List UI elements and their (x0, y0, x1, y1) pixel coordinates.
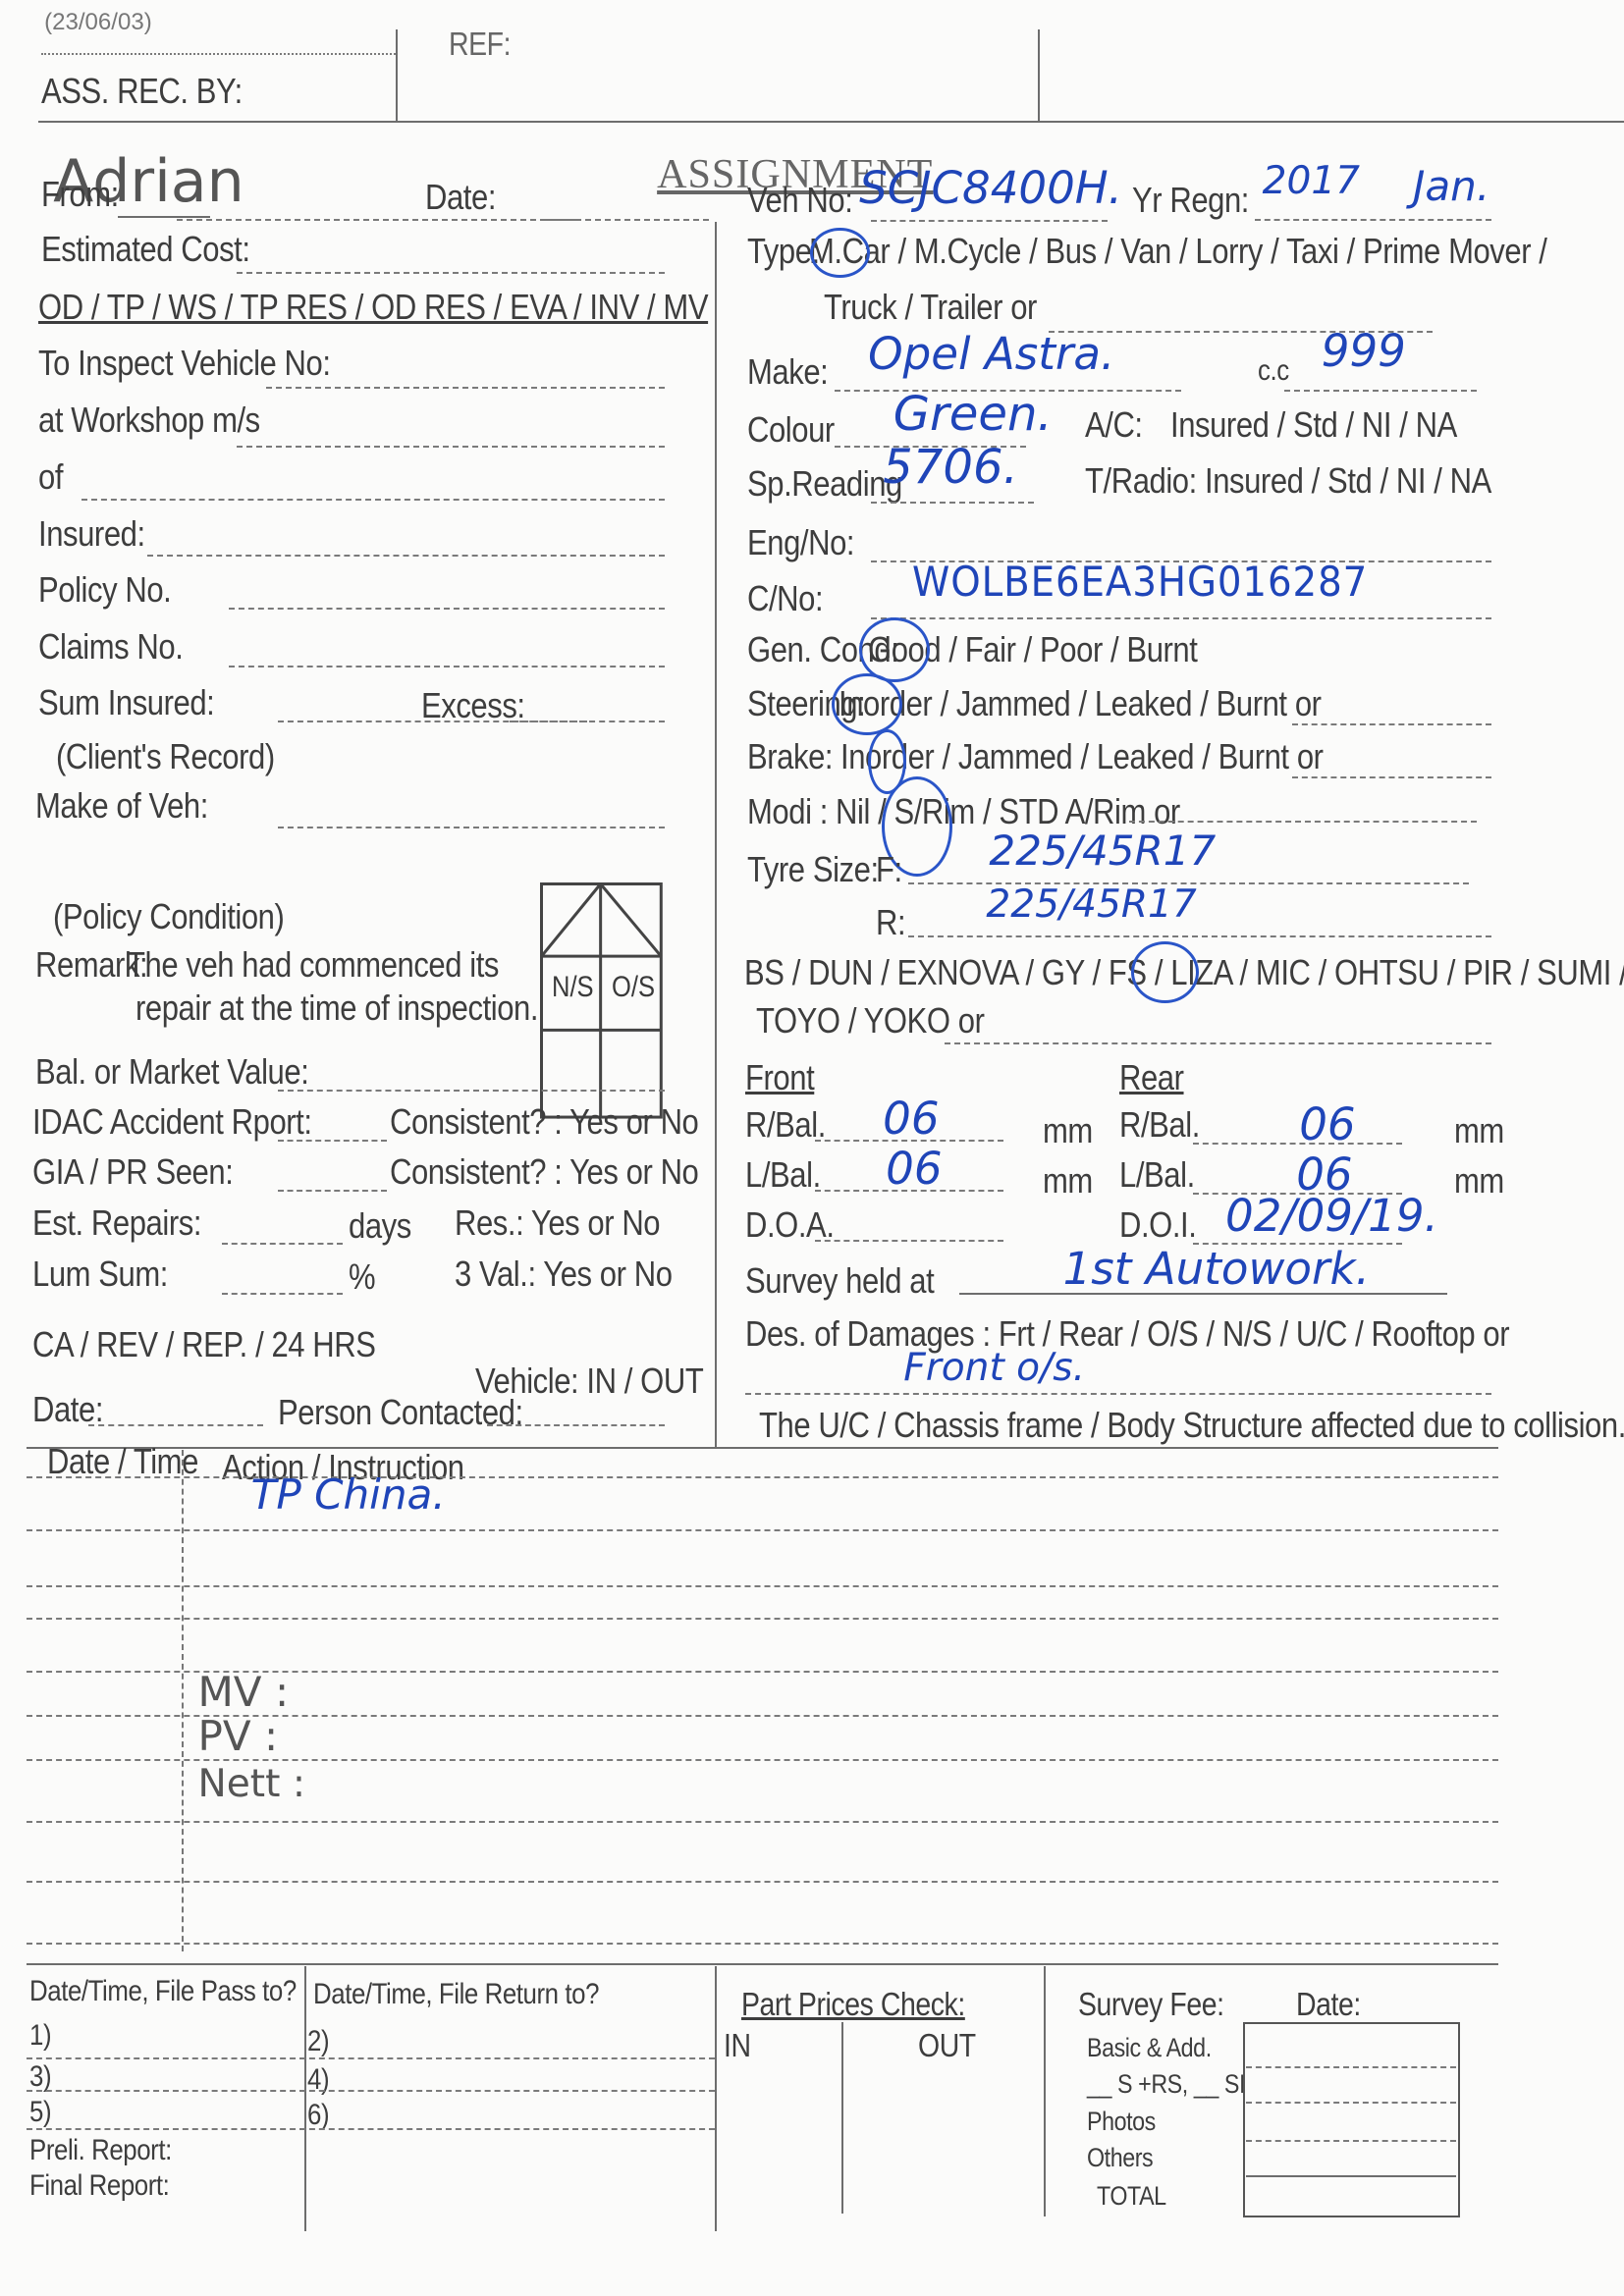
pv-label[interactable]: PV : (197, 1712, 278, 1760)
gia-field[interactable] (278, 1190, 387, 1192)
make-of-veh-label: Make of Veh: (35, 785, 208, 827)
steering-options[interactable]: Inorder / Jammed / Leaked / Burnt or (839, 683, 1322, 724)
eng-no-label: Eng/No: (747, 522, 854, 563)
tyre-f-value[interactable]: 225/45R17 (989, 827, 1216, 875)
front-r-bal-field (815, 1140, 1003, 1142)
inspect-vehicle-field[interactable] (266, 387, 665, 389)
survey-held-value[interactable]: 1st Autowork. (1063, 1243, 1370, 1295)
front-l-bal-value[interactable]: 06 (886, 1143, 942, 1195)
date-field[interactable] (546, 219, 708, 221)
file-pass-item-1: 1) (29, 2019, 51, 2053)
workshop-field[interactable] (237, 446, 665, 448)
rear-r-bal-mm: mm (1454, 1110, 1504, 1151)
part-prices-label: Part Prices Check: (741, 1987, 965, 2024)
steering-selected-circle (832, 673, 902, 735)
fee-item-s-rs-si: __ S +RS, __ SI (1087, 2069, 1245, 2100)
brake-options[interactable]: Inorder / Jammed / Leaked / Burnt or (840, 736, 1324, 777)
nett-label[interactable]: Nett : (197, 1762, 305, 1806)
fee-box-line-1[interactable] (1246, 2066, 1456, 2068)
form-code: (23/06/03) (44, 9, 152, 36)
file-return-header: Date/Time, File Return to? (313, 1978, 599, 2011)
estimated-cost-field[interactable] (237, 272, 665, 274)
fee-item-basic: Basic & Add. (1087, 2033, 1212, 2063)
idac-field[interactable] (278, 1140, 387, 1142)
file-row-line-2[interactable] (27, 2090, 715, 2092)
rear-l-bal-mm: mm (1454, 1160, 1504, 1201)
idac-label: IDAC Accident Rport: (32, 1101, 312, 1143)
percent-label: % (349, 1256, 375, 1298)
file-return-item-1: 2) (307, 2025, 329, 2058)
file-pass-item-3: 5) (29, 2096, 51, 2129)
footer-divider-3 (1044, 1966, 1046, 2217)
header-bottom-rule (38, 121, 1624, 123)
yr-regn-field (1255, 219, 1491, 221)
tyre-f-label: F: (876, 849, 902, 890)
claims-no-label: Claims No. (38, 626, 183, 667)
tyre-r-label: R: (876, 902, 905, 943)
damages-value[interactable]: Front o/s. (903, 1346, 1085, 1390)
footer-divider-1 (304, 1966, 306, 2232)
cc-value[interactable]: 999 (1322, 325, 1406, 377)
type-options-2[interactable]: Truck / Trailer or (824, 287, 1037, 328)
estimated-cost-label: Estimated Cost: (41, 229, 250, 270)
damages-field (745, 1393, 1490, 1395)
final-report-label: Final Report: (29, 2169, 169, 2203)
make-label: Make: (747, 351, 828, 393)
make-of-veh-field[interactable] (278, 827, 665, 828)
sp-reading-value[interactable]: 5706. (883, 440, 1018, 495)
c-no-field (871, 617, 1491, 619)
excess-field[interactable] (510, 721, 665, 722)
front-l-bal-label: L/Bal. (745, 1154, 821, 1196)
remark-text-2: repair at the time of inspection. (135, 988, 538, 1029)
rear-r-bal-label: R/Bal. (1119, 1104, 1200, 1146)
policy-no-label: Policy No. (38, 569, 171, 611)
front-r-bal-mm: mm (1043, 1110, 1093, 1151)
cc-field (1284, 390, 1476, 392)
doi-value[interactable]: 02/09/19. (1225, 1190, 1438, 1242)
file-return-item-3: 6) (307, 2099, 329, 2132)
action-log-bottom-rule (27, 1963, 1498, 1965)
survey-fee-date-label: Date: (1296, 1987, 1361, 2024)
action-row-line-7 (27, 1759, 1498, 1761)
action-entry-1[interactable]: TP China. (251, 1470, 446, 1519)
person-contacted-field[interactable] (487, 1424, 664, 1426)
front-r-bal-label: R/Bal. (745, 1104, 826, 1146)
lum-sum-field[interactable] (222, 1293, 343, 1295)
insured-field[interactable] (147, 555, 664, 557)
market-value-field[interactable] (278, 1090, 665, 1092)
make-value[interactable]: Opel Astra. (868, 328, 1114, 380)
c-no-label: C/No: (747, 578, 823, 619)
fee-item-others: Others (1087, 2143, 1153, 2173)
brake-label: Brake: (747, 736, 833, 777)
part-in-label: IN (724, 2028, 751, 2065)
ass-rec-by-label: ASS. REC. BY: (41, 71, 243, 112)
file-pass-item-2: 3) (29, 2060, 51, 2094)
front-l-bal-field (815, 1190, 1003, 1192)
tradio-options[interactable]: T/Radio: Insured / Std / NI / NA (1085, 460, 1491, 502)
veh-no-field (871, 220, 1108, 222)
doi-label: D.O.I. (1119, 1204, 1196, 1246)
res-options[interactable]: Res.: Yes or No (455, 1202, 660, 1244)
vehicle-side-diagram: N/S O/S (540, 882, 661, 1119)
c-no-value[interactable]: WOLBE6EA3HG016287 (912, 558, 1368, 606)
idac-consistent[interactable]: Consistent? : Yes or No (390, 1101, 698, 1143)
tyre-r-value[interactable]: 225/45R17 (986, 882, 1196, 927)
veh-no-value[interactable]: SCJC8400H. (859, 162, 1122, 214)
sp-reading-field (871, 502, 1033, 504)
days-label: days (349, 1205, 411, 1247)
action-log-divider (182, 1450, 184, 1951)
action-row-line-4 (27, 1618, 1498, 1620)
tyre-brands-2[interactable]: TOYO / YOKO or (756, 1000, 985, 1041)
action-row-line-10 (27, 1943, 1498, 1945)
colour-value[interactable]: Green. (893, 387, 1053, 442)
preli-report-label: Preli. Report: (29, 2134, 172, 2167)
sum-insured-label: Sum Insured: (38, 682, 214, 723)
claims-no-field[interactable] (229, 666, 665, 667)
workshop-label: at Workshop m/s (38, 400, 260, 441)
modi-label: Modi : (747, 791, 828, 832)
diagram-os-label: O/S (612, 971, 655, 1004)
steering-other-field[interactable] (1292, 723, 1491, 725)
yr-regn-year[interactable]: 2017 (1263, 159, 1360, 203)
est-repairs-label: Est. Repairs: (32, 1202, 201, 1244)
tyre-size-label: Tyre Size: (747, 849, 879, 890)
tyre-brand-selected-circle (1131, 941, 1199, 1003)
brake-other-field[interactable] (1292, 776, 1491, 778)
ref-label: REF: (449, 27, 511, 64)
from-label: From: (41, 174, 119, 215)
date2-field[interactable] (88, 1424, 262, 1426)
fee-box-line-3[interactable] (1246, 2140, 1456, 2142)
of-label: of (38, 456, 63, 498)
fee-item-total: TOTAL (1097, 2181, 1166, 2212)
person-contacted-label: Person Contacted: (278, 1392, 523, 1433)
insured-label: Insured: (38, 513, 145, 555)
colour-label: Colour (747, 409, 835, 451)
file-row-line-1[interactable] (27, 2057, 715, 2059)
date-label: Date: (425, 177, 496, 218)
gen-cond-selected-circle (859, 617, 930, 682)
three-val-options[interactable]: 3 Val.: Yes or No (455, 1254, 673, 1295)
clients-record-label: (Client's Record) (56, 736, 275, 777)
collision-text[interactable]: The U/C / Chassis frame / Body Structure… (759, 1405, 1624, 1446)
ac-options[interactable]: Insured / Std / NI / NA (1170, 404, 1457, 446)
lum-sum-label: Lum Sum: (32, 1254, 168, 1295)
main-column-divider (715, 222, 717, 1447)
type-options[interactable]: M.Car / M.Cycle / Bus / Van / Lorry / Ta… (809, 231, 1547, 272)
damages-options[interactable]: Des. of Damages : Frt / Rear / O/S / N/S… (745, 1313, 1509, 1355)
cc-label: c.c (1258, 354, 1289, 388)
inspect-vehicle-label: To Inspect Vehicle No: (38, 343, 331, 384)
assignment-categories[interactable]: OD / TP / WS / TP RES / OD RES / EVA / I… (38, 287, 708, 328)
action-row-line-2 (27, 1529, 1498, 1531)
survey-held-field (959, 1293, 1446, 1295)
header-divider (396, 29, 398, 121)
fee-box-line-4[interactable] (1246, 2175, 1456, 2177)
front-l-bal-mm: mm (1043, 1160, 1093, 1201)
header-divider-right (1038, 29, 1040, 121)
gia-label: GIA / PR Seen: (32, 1151, 233, 1193)
gia-consistent[interactable]: Consistent? : Yes or No (390, 1151, 698, 1193)
from-field[interactable] (177, 219, 575, 221)
rear-l-bal-label: L/Bal. (1119, 1154, 1195, 1196)
policy-no-field[interactable] (229, 608, 665, 610)
survey-held-label: Survey held at (745, 1260, 934, 1302)
remark-text-1: The veh had commenced its (127, 944, 499, 986)
tyre-r-field (908, 935, 1491, 937)
action-row-line-8 (27, 1821, 1498, 1823)
type-selected-circle (810, 228, 869, 278)
est-repairs-field[interactable] (222, 1243, 343, 1245)
survey-fee-label: Survey Fee: (1078, 1987, 1224, 2024)
mv-label[interactable]: MV : (197, 1668, 289, 1716)
veh-no-label: Veh No: (747, 180, 852, 221)
action-row-line-9 (27, 1881, 1498, 1883)
file-row-line-3[interactable] (27, 2128, 715, 2130)
front-label: Front (745, 1057, 814, 1098)
rear-r-bal-field (1193, 1143, 1403, 1145)
ac-label: A/C: (1085, 404, 1143, 446)
yr-regn-label: Yr Regn: (1132, 180, 1249, 221)
yr-regn-month[interactable]: Jan. (1413, 162, 1489, 210)
footer-divider-2 (715, 1966, 717, 2232)
file-pass-header: Date/Time, File Pass to? (29, 1975, 297, 2008)
policy-condition-label: (Policy Condition) (53, 896, 284, 937)
ass-rec-by-top-line (41, 53, 396, 55)
rear-label: Rear (1119, 1057, 1184, 1098)
doa-field[interactable] (815, 1240, 1003, 1242)
front-r-bal-value[interactable]: 06 (883, 1093, 939, 1145)
part-out-label: OUT (918, 2028, 976, 2065)
market-value-label: Bal. or Market Value: (35, 1051, 308, 1093)
fee-box-line-2[interactable] (1246, 2102, 1456, 2104)
ass-rec-by-underline (118, 216, 209, 218)
survey-fee-box (1243, 2022, 1460, 2217)
diagram-ns-label: N/S (552, 971, 594, 1004)
ca-options[interactable]: CA / REV / REP. / 24 HRS (32, 1324, 376, 1365)
tyre-brand-other-field[interactable] (945, 1042, 1490, 1044)
of-field[interactable] (81, 499, 665, 501)
action-row-line-1 (27, 1476, 1498, 1478)
part-prices-divider (841, 2022, 843, 2214)
fee-item-photos: Photos (1087, 2107, 1156, 2137)
sp-reading-label: Sp.Reading (747, 463, 902, 505)
modi-other-field[interactable] (1129, 821, 1476, 823)
action-row-line-3 (27, 1585, 1498, 1587)
